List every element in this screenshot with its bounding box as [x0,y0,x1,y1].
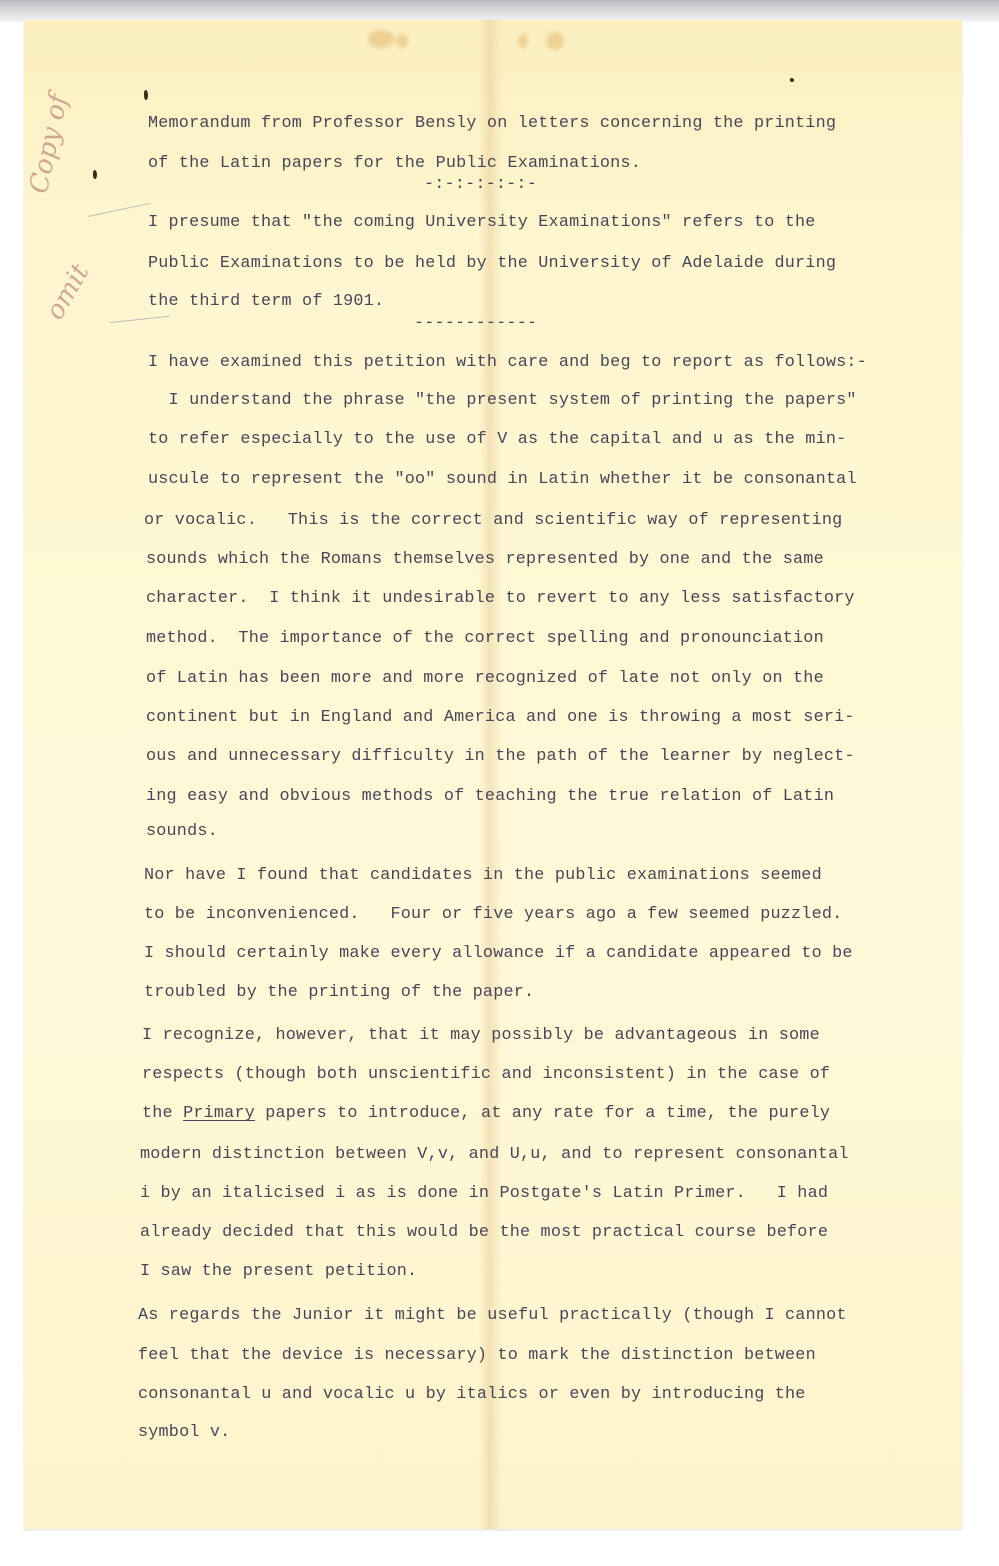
stain [368,30,394,48]
body-line: to be inconvenienced. Four or five years… [144,905,842,924]
stain [546,32,564,50]
body-line: I should certainly make every allowance … [144,944,853,963]
title-separator: -:-:-:-:-:- [424,175,537,194]
ink-spot [144,90,148,100]
body-line: I have examined this petition with care … [148,353,867,372]
body-line: feel that the device is necessary) to ma… [138,1346,816,1365]
body-line: continent but in England and America and… [146,708,855,727]
document-page: Copy of omit [24,20,962,1529]
body-line: to refer especially to the use of V as t… [148,430,846,449]
margin-rule [88,203,151,217]
body-line: I recognize, however, that it may possib… [142,1026,820,1045]
body-line: modern distinction between V,v, and U,u,… [140,1145,849,1164]
body-line: method. The importance of the correct sp… [146,629,824,648]
intro-line: I presume that "the coming University Ex… [148,213,816,232]
ink-spot [790,78,794,82]
body-line: consonantal u and vocalic u by italics o… [138,1385,806,1404]
text: the [142,1104,183,1123]
margin-rule [110,316,170,323]
body-line: already decided that this would be the m… [140,1223,828,1242]
body-line: sounds which the Romans themselves repre… [146,550,824,569]
body-line: of Latin has been more and more recogniz… [146,669,824,688]
margin-note-omit: omit [40,259,96,325]
body-line: ing easy and obvious methods of teaching… [146,787,834,806]
underlined-word: Primary [183,1104,255,1123]
intro-separator: ------------ [414,314,537,333]
ink-spot [93,170,97,179]
intro-line: Public Examinations to be held by the Un… [148,254,836,273]
scanner-edge [0,0,999,22]
body-line: character. I think it undesirable to rev… [146,589,855,608]
body-line: i by an italicised i as is done in Postg… [140,1184,828,1203]
intro-line: the third term of 1901. [148,292,384,311]
title-line: Memorandum from Professor Bensly on lett… [148,114,836,133]
body-line: or vocalic. This is the correct and scie… [144,511,842,530]
margin-note-copy: Copy of [24,92,74,196]
body-line: Nor have I found that candidates in the … [144,866,822,885]
body-line: I saw the present petition. [140,1262,417,1281]
body-line: troubled by the printing of the paper. [144,983,534,1002]
body-line-primary: the Primary papers to introduce, at any … [142,1104,830,1123]
body-line: symbol v. [138,1423,230,1442]
stain [518,34,528,48]
body-line: As regards the Junior it might be useful… [138,1306,847,1325]
body-line: I understand the phrase "the present sys… [148,391,857,410]
text: papers to introduce, at any rate for a t… [255,1104,830,1123]
body-line: respects (though both unscientific and i… [142,1065,830,1084]
stain [396,34,408,48]
title-line: of the Latin papers for the Public Exami… [148,154,641,173]
body-line: sounds. [146,822,218,841]
body-line: ous and unnecessary difficulty in the pa… [146,747,855,766]
body-line: uscule to represent the "oo" sound in La… [148,470,857,489]
